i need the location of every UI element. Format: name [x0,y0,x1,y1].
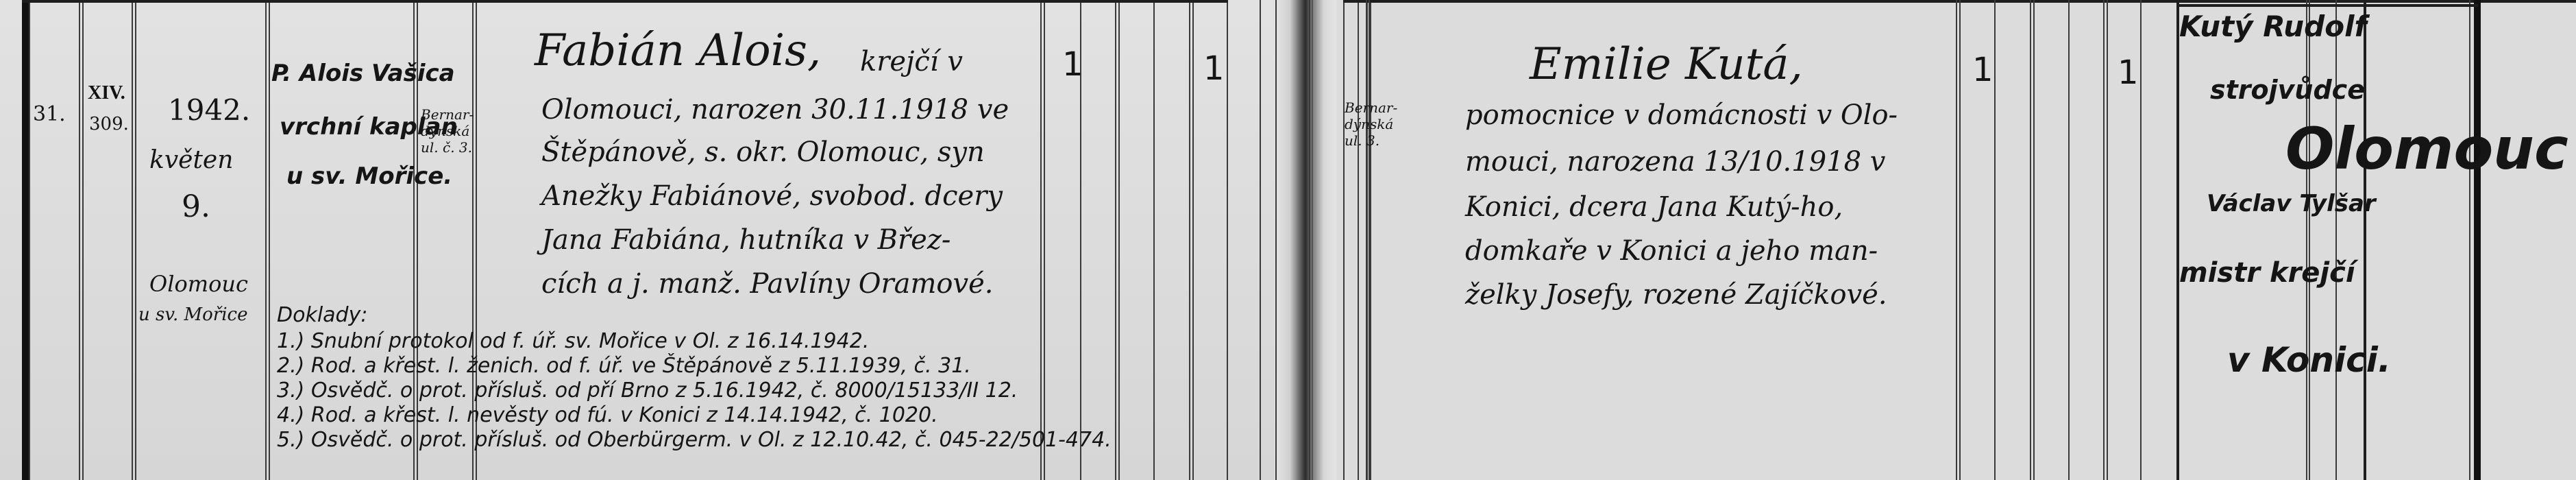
column-line [1956,0,1957,480]
column-line [132,0,133,480]
bride-address: Bernar- dýnská ul. 3. [1345,99,1393,149]
bride-line: želky Josefy, rozené Zajíčkové. [1465,281,1887,309]
document-item: 5.) Osvědč. o prot. přísluš. od Oberbürg… [277,430,1112,451]
witness-2-residence: v Konici. [2227,343,2391,377]
bride-line: Konici, dcera Jana Kutý-ho, [1465,193,1843,221]
column-line [2030,0,2031,480]
document-item: 3.) Osvědč. o prot. přísluš. od pří Brno… [277,381,1018,401]
groom-line: Štěpánově, s. okr. Olomouc, syn [541,139,985,166]
right-border [2474,0,2481,480]
witness-1-occupation: strojvůdce [2210,77,2365,103]
officiant-line1: P. Alois Vašica [271,62,455,85]
marriage-day: 9. [182,192,210,222]
column-line [2176,0,2179,480]
column-line [1115,0,1116,480]
column-line [2033,0,2035,480]
bride-address-line1: Bernar- [1345,99,1393,116]
column-line [1358,0,1359,480]
column-line [1192,0,1194,480]
groom-line: Anežky Fabiánové, svobod. dcery [541,182,1003,210]
column-line [2309,0,2310,480]
bride-line: pomocnice v domácnosti v Olo- [1465,101,1898,129]
column-line [1275,0,1277,480]
top-rule [22,0,1228,3]
document-item: 2.) Rod. a křest. l. ženich. od f. úř. v… [277,356,971,376]
groom-tally-2: 1 [1203,52,1225,85]
column-line [1994,0,1996,480]
officiant-line3: u sv. Mořice. [286,165,452,188]
place-line2: u sv. Mořice [138,306,247,324]
column-line [1312,0,1313,480]
column-line [29,0,30,480]
groom-address-line1: Bernar- [421,106,473,123]
groom-address-line3: ul. č. 3. [421,139,473,156]
column-line [1189,0,1190,480]
column-line [2140,0,2142,480]
column-line [2107,0,2108,480]
column-line [2364,0,2366,480]
column-line [1118,0,1120,480]
column-line [1366,0,1367,480]
left-page: 31. XIV. 309. 1942. květen 9. Olomouc u … [0,0,1275,480]
groom-line: Jana Fabiána, hutníka v Břez- [541,226,950,254]
witness-2-occupation: mistr krejčí [2179,259,2355,287]
column-line [1040,0,1042,480]
column-line [1343,0,1345,480]
place-line1: Olomouc [149,273,248,295]
column-line [1153,0,1155,480]
groom-name: Fabián Alois, [535,29,821,73]
bride-address-line2: dýnská [1345,116,1393,132]
column-line [1370,0,1371,480]
groom-line: Olomouci, narozen 30.11.1918 ve [541,96,1009,123]
groom-occupation: krejčí v [860,48,963,75]
documents-heading: Doklady: [277,305,367,326]
volume-number: XIV. [88,84,125,103]
bride-address-line3: ul. 3. [1345,132,1393,149]
groom-address: Bernar- dýnská ul. č. 3. [421,106,473,156]
groom-line: cích a j. manž. Pavlíny Oramové. [541,270,994,298]
column-line [1369,0,1370,480]
column-line [135,0,136,480]
left-border [22,0,29,480]
witness-1-residence: Olomouc [2285,120,2568,178]
entry-number: 31. [33,104,66,125]
witness-2-name: Václav Tylšar [2207,192,2376,215]
bride-tally-2: 1 [2118,56,2139,89]
bride-line: mouci, narozena 13/10.1918 v [1465,148,1885,176]
marriage-month: květen [149,148,233,173]
bride-line: domkaře v Konici a jeho man- [1465,237,1878,265]
column-line [1309,0,1310,480]
column-line [1044,0,1045,480]
bride-tally-1: 1 [1972,53,1994,86]
column-line [82,0,84,480]
groom-tally-1: 1 [1062,48,1083,81]
column-line [2335,0,2337,480]
column-line [1260,0,1261,480]
column-line [1227,0,1228,480]
column-line [1959,0,1961,480]
column-line [2103,0,2105,480]
column-line [2068,0,2070,480]
witness-1-name: Kutý Rudolf [2179,12,2367,41]
top-rule [2176,4,2478,7]
column-line [2306,0,2307,480]
document-item: 1.) Snubní protokol od f. úř. sv. Mořice… [277,331,869,352]
column-line [265,0,267,480]
page-number: 309. [89,115,129,133]
marriage-year: 1942. [168,96,250,125]
document-item: 4.) Rod. a křest. l. nevěsty od fú. v Ko… [277,405,938,426]
column-line [2469,0,2470,480]
groom-address-line2: dýnská [421,123,473,139]
column-line [79,0,80,480]
column-line [269,0,270,480]
bride-name: Emilie Kutá, [1530,43,1803,86]
